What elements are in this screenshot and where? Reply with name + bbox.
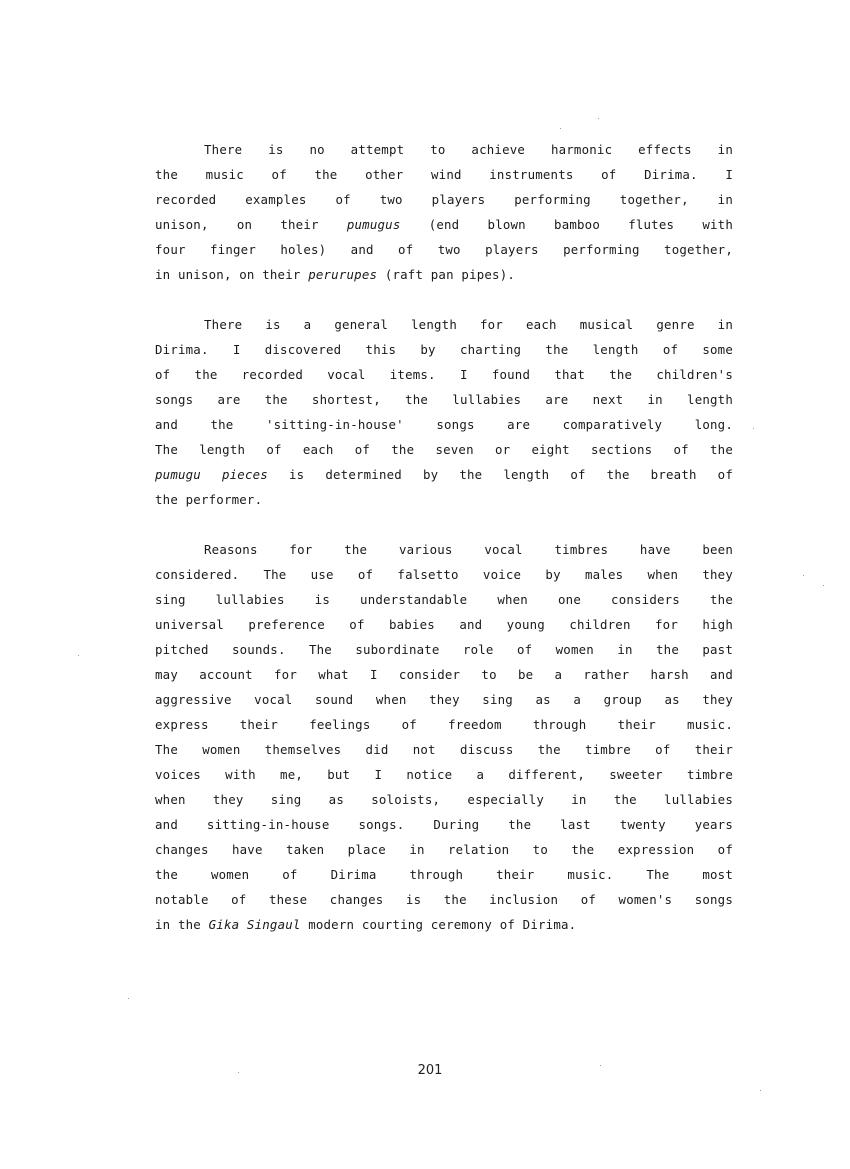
text-line: There is no attempt to achieve harmonic … xyxy=(155,137,733,162)
text-line: in unison, on their perurupes (raft pan … xyxy=(155,262,733,287)
text-line: changes have taken place in relation to … xyxy=(155,837,733,862)
text-line: considered. The use of falsetto voice by… xyxy=(155,562,733,587)
scan-speck xyxy=(600,1065,601,1066)
text-line: the music of the other wind instruments … xyxy=(155,162,733,187)
scan-speck xyxy=(238,1072,239,1073)
paragraph-harmonic-effects: There is no attempt to achieve harmonic … xyxy=(155,137,733,287)
page-number: 201 xyxy=(0,1063,850,1078)
text-line: the performer. xyxy=(155,487,733,512)
text-line: pitched sounds. The subordinate role of … xyxy=(155,637,733,662)
text-line: in the Gika Singaul modern courting cere… xyxy=(155,912,733,937)
text-line: unison, on their pumugus (end blown bamb… xyxy=(155,212,733,237)
text-line: of the recorded vocal items. I found tha… xyxy=(155,362,733,387)
scan-speck xyxy=(803,575,804,576)
paragraph-vocal-timbres: Reasons for the various vocal timbres ha… xyxy=(155,537,733,937)
text-line: Dirima. I discovered this by charting th… xyxy=(155,337,733,362)
italic-term: pumugu pieces xyxy=(155,467,268,482)
text-line: may account for what I consider to be a … xyxy=(155,662,733,687)
text-line: and the 'sitting-in-house' songs are com… xyxy=(155,412,733,437)
text-line: The women themselves did not discuss the… xyxy=(155,737,733,762)
document-page: There is no attempt to achieve harmonic … xyxy=(0,0,850,1169)
scan-speck xyxy=(823,585,824,586)
text-line: notable of these changes is the inclusio… xyxy=(155,887,733,912)
text-line: and sitting-in-house songs. During the l… xyxy=(155,812,733,837)
text-line: The length of each of the seven or eight… xyxy=(155,437,733,462)
text-line: voices with me, but I notice a different… xyxy=(155,762,733,787)
scan-speck xyxy=(753,428,754,429)
text-line: recorded examples of two players perform… xyxy=(155,187,733,212)
scan-speck xyxy=(760,1090,761,1091)
text-line: universal preference of babies and young… xyxy=(155,612,733,637)
text-line: songs are the shortest, the lullabies ar… xyxy=(155,387,733,412)
text-line: four finger holes) and of two players pe… xyxy=(155,237,733,262)
italic-term: pumugus xyxy=(347,217,401,232)
text-line: pumugu pieces is determined by the lengt… xyxy=(155,462,733,487)
text-line: express their feelings of freedom throug… xyxy=(155,712,733,737)
scan-speck xyxy=(128,998,129,999)
text-line: Reasons for the various vocal timbres ha… xyxy=(155,537,733,562)
scan-speck xyxy=(560,128,561,129)
text-line: aggressive vocal sound when they sing as… xyxy=(155,687,733,712)
scan-speck xyxy=(78,655,79,656)
text-line: when they sing as soloists, especially i… xyxy=(155,787,733,812)
text-line: There is a general length for each music… xyxy=(155,312,733,337)
italic-term: Gika Singaul xyxy=(209,917,301,932)
text-line: the women of Dirima through their music.… xyxy=(155,862,733,887)
paragraph-genre-length: There is a general length for each music… xyxy=(155,312,733,512)
italic-term: perurupes xyxy=(308,267,377,282)
scan-speck xyxy=(598,118,599,119)
text-line: sing lullabies is understandable when on… xyxy=(155,587,733,612)
